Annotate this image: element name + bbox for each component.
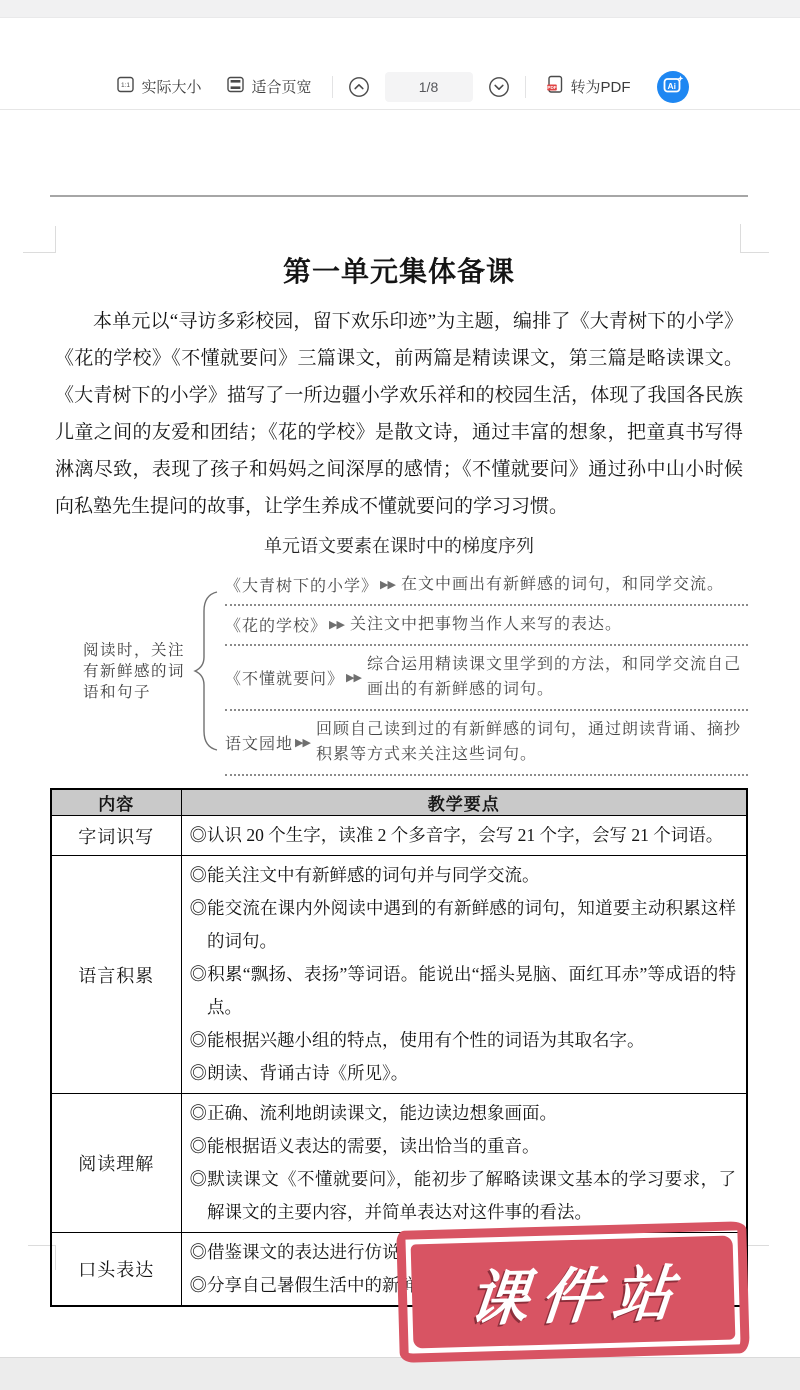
browser-top-strip [0,0,800,18]
intro-paragraph: 本单元以“寻访多彩校园，留下欢乐印迹”为主题，编排了《大青树下的小学》《花的学校… [50,303,748,525]
fit-width-label: 适合页宽 [251,76,311,97]
previous-page-button[interactable] [347,75,371,99]
lesson-name: 《大青树下的小学》 [225,573,378,596]
teaching-point: ◎认识 20 个生字，读准 2 个多音字，会写 21 个字，会写 21 个词语。 [190,819,737,852]
lesson-goal: 回顾自己读到过的有新鲜感的词句，通过朗读背诵、摘抄积累等方式来关注这些词句。 [316,717,748,767]
svg-text:PDF: PDF [547,85,556,90]
double-arrow-icon: ▶▶ [346,671,361,684]
next-page-button[interactable] [487,75,511,99]
diagram-row: 《花的学校》 ▶▶ 关注文中把事物当作人来写的表达。 [225,606,748,646]
ai-icon: Ai [661,73,685,101]
diagram-rows: 《大青树下的小学》 ▶▶ 在文中画出有新鲜感的词句，和同学交流。 《花的学校》 … [225,566,748,776]
double-arrow-icon: ▶▶ [329,618,344,631]
double-arrow-icon: ▶▶ [295,736,310,749]
diagram-heading: 单元语文要素在课时中的梯度序列 [50,532,748,558]
table-row: 阅读理解 ◎正确、流利地朗读课文，能边读边想象画面。 ◎能根据语义表达的需要，读… [51,1094,747,1233]
teaching-point: ◎朗读、背诵古诗《所见》。 [190,1057,737,1090]
teaching-point: ◎正确、流利地朗读课文，能边读边想象画面。 [190,1097,737,1130]
toolbar-divider [332,76,333,98]
double-arrow-icon: ▶▶ [380,578,395,591]
points-cell: ◎能关注文中有新鲜感的词句并与同学交流。 ◎能交流在课内外阅读中遇到的有新鲜感的… [181,856,747,1094]
teaching-point: ◎积累“飘扬、表扬”等词语。能说出“摇头晃脑、面红耳赤”等成语的特点。 [190,958,737,1024]
category-cell: 语言积累 [51,856,181,1094]
toolbar-divider [525,76,526,98]
pdf-document-icon: PDF [546,75,564,98]
lesson-name: 语文园地 [225,731,293,754]
lesson-goal: 综合运用精读课文里学到的方法，和同学交流自己画出的有新鲜感的词句。 [367,652,748,702]
stamp-text: 课件站 [457,1246,689,1339]
document-title: 第一单元集体备课 [50,250,748,290]
ai-assistant-button[interactable]: Ai [657,71,689,103]
diagram-side-label: 阅读时，关注有新鲜感的词语和句子 [83,640,187,703]
table-header-row: 内容 教学要点 [51,789,747,816]
fit-width-icon [227,76,244,97]
header-content: 内容 [51,789,181,816]
teaching-point: ◎能关注文中有新鲜感的词句并与同学交流。 [190,859,737,892]
table-row: 字词识写 ◎认识 20 个生字，读准 2 个多音字，会写 21 个字，会写 21… [51,816,747,856]
svg-text:Ai: Ai [667,80,676,90]
teaching-point: ◎能根据兴趣小组的特点，使用有个性的词语为其取名字。 [190,1024,737,1057]
diagram-row: 《大青树下的小学》 ▶▶ 在文中画出有新鲜感的词句，和同学交流。 [225,566,748,606]
lesson-name: 《花的学校》 [225,613,327,636]
teaching-point: ◎能交流在课内外阅读中遇到的有新鲜感的词句，知道要主动积累这样的词句。 [190,892,737,958]
table-row: 语言积累 ◎能关注文中有新鲜感的词句并与同学交流。 ◎能交流在课内外阅读中遇到的… [51,856,747,1094]
fit-width-button[interactable]: 适合页宽 [221,72,317,101]
actual-size-button[interactable]: 1:1 实际大小 [111,72,207,101]
category-cell: 口头表达 [51,1233,181,1307]
page-indicator-field[interactable]: 1/8 [385,72,473,102]
diagram-row: 语文园地 ▶▶ 回顾自己读到过的有新鲜感的词句，通过朗读背诵、摘抄积累等方式来关… [225,711,748,776]
page-indicator-value: 1/8 [419,79,438,95]
header-teaching-points: 教学要点 [181,789,747,816]
window-title-band [0,18,800,64]
lesson-goal: 关注文中把事物当作人来写的表达。 [350,612,622,637]
teaching-point: ◎默读课文《不懂就要问》，能初步了解略读课文基本的学习要求，了解课文的主要内容，… [190,1163,737,1229]
actual-size-label: 实际大小 [141,76,201,97]
diagram-row: 《不懂就要问》 ▶▶ 综合运用精读课文里学到的方法，和同学交流自己画出的有新鲜感… [225,646,748,711]
points-cell: ◎认识 20 个生字，读准 2 个多音字，会写 21 个字，会写 21 个词语。 [181,816,747,856]
category-cell: 字词识写 [51,816,181,856]
actual-size-icon: 1:1 [117,76,134,97]
lesson-goal: 在文中画出有新鲜感的词句，和同学交流。 [401,572,724,597]
stamp-body: 课件站 [411,1236,736,1349]
teaching-point: ◎能根据语义表达的需要，读出恰当的重音。 [190,1130,737,1163]
svg-text:1:1: 1:1 [121,82,130,89]
brace-shape [191,589,221,753]
convert-to-pdf-button[interactable]: PDF 转为PDF [540,71,637,102]
gradient-diagram: 阅读时，关注有新鲜感的词语和句子 《大青树下的小学》 ▶▶ 在文中画出有新鲜感的… [50,566,748,776]
page-content: 第一单元集体备课 本单元以“寻访多彩校园，留下欢乐印迹”为主题，编排了《大青树下… [50,110,748,1307]
lesson-name: 《不懂就要问》 [225,666,344,689]
points-cell: ◎正确、流利地朗读课文，能边读边想象画面。 ◎能根据语义表达的需要，读出恰当的重… [181,1094,747,1233]
viewer-toolbar: 1:1 实际大小 适合页宽 1/8 PDF 转为PDF Ai [0,64,800,110]
convert-to-pdf-label: 转为PDF [571,76,631,97]
watermark-stamp: 课件站 [396,1221,750,1363]
document-page: 第一单元集体备课 本单元以“寻访多彩校园，留下欢乐印迹”为主题，编排了《大青树下… [0,110,800,1357]
category-cell: 阅读理解 [51,1094,181,1233]
